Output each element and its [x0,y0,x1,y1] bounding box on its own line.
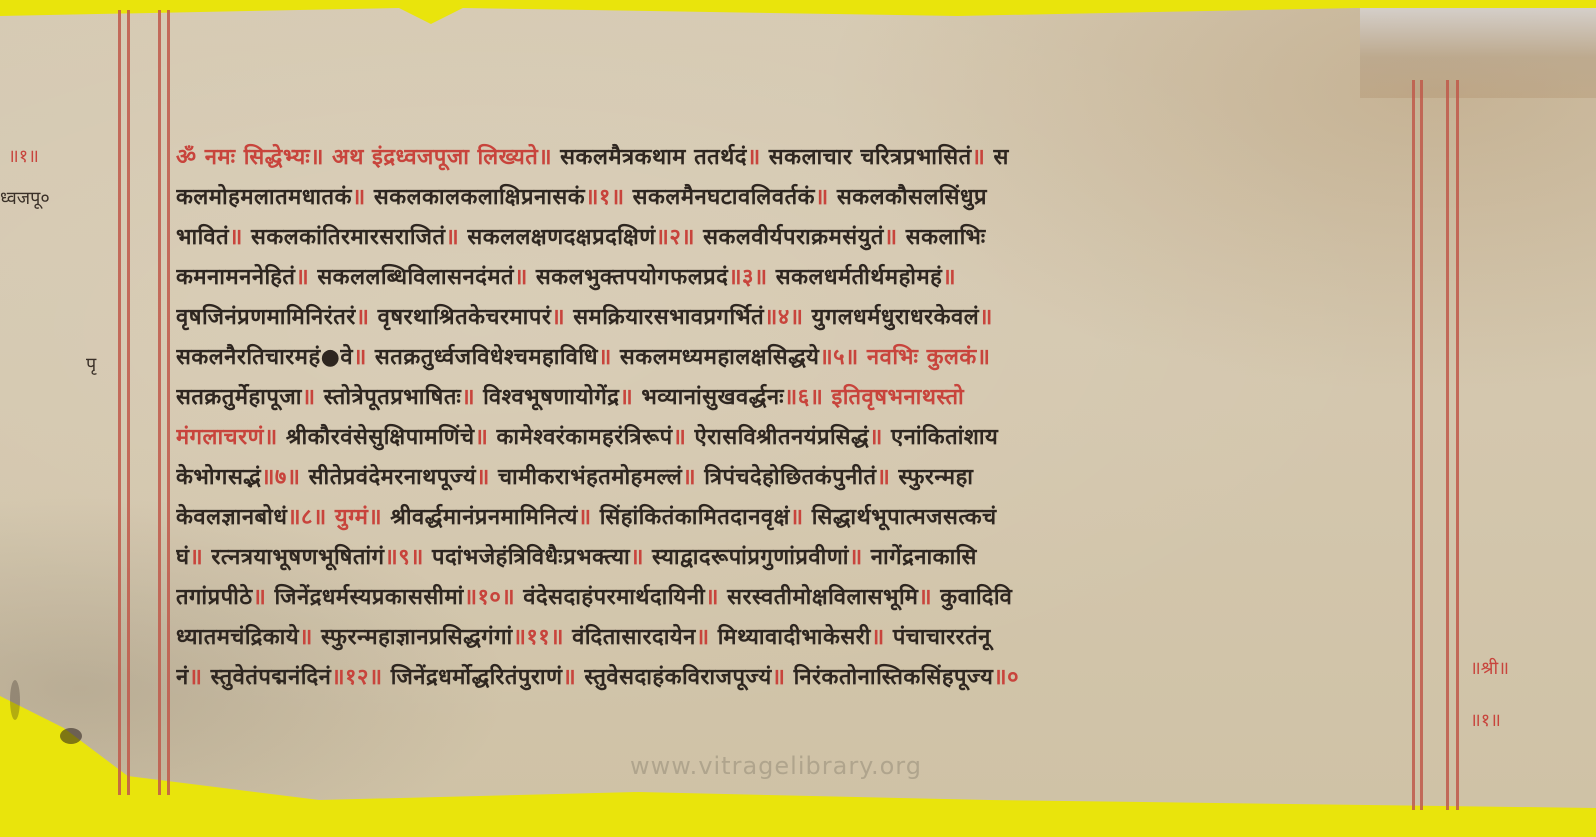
side-mark-left-text: पृ [86,354,96,375]
rubric-segment: ॥ [253,585,267,610]
text-segment: केवलज्ञानबोधं [176,505,287,530]
text-segment: चामीकराभंहतमोहमल्लं [490,465,683,490]
mark-right-text: ॥श्री॥ [1470,658,1509,679]
rubric-segment: ॥७॥ [261,465,300,490]
folio-number-left: ॥१॥ [8,144,39,168]
text-segment: सकललक्षणदक्षप्रदक्षिणं [459,225,655,250]
manuscript-line: वृषजिनंप्रणमामिनिरंतरं॥ वृषरथाश्रितकेचरम… [176,298,1426,338]
rubric-segment: ॥ [229,225,243,250]
text-segment: त्रिपंचदेहोछितकंपुनीतं [696,465,877,490]
rubric-segment: ॥ [514,265,528,290]
text-segment: स्फुरन्महाज्ञानप्रसिद्धगंगां [313,625,513,650]
manuscript-line: घं॥ रत्नत्रयाभूषणभूषितांगं॥९॥ पदांभजेहंत… [176,538,1426,578]
rubric-segment: ॥ [445,225,459,250]
text-segment: सकलवीर्यपराक्रमसंयुतं [695,225,884,250]
rubric-segment: ॥ [849,545,863,570]
text-segment: कुवादिवि [932,585,1012,610]
rubric-segment: ॥६॥ इतिवृषभनाथस्तो [784,385,964,410]
manuscript-line: कलमोहमलातमधातकं॥ सकलकालकलाक्षिप्रनासकं॥१… [176,178,1426,218]
text-segment: ऐरासविश्रीतनयंप्रसिद्धं [686,425,869,450]
text-segment: सकलमैनघटावलिवर्तकं [625,185,816,210]
manuscript-text-block: ॐ नमः सिद्धेभ्यः॥ अथ इंद्रध्वजपूजा लिख्य… [176,138,1426,698]
text-segment: मिथ्यावादीभाकेसरी [710,625,871,650]
rubric-segment: ॥ [705,585,719,610]
text-segment: सकलभुक्तपयोगफलप्रदं [528,265,729,290]
mark-right: ॥श्री॥ [1470,656,1509,680]
rubric-segment: ॥ [979,305,993,330]
text-segment: श्रीकौरवंसेसुक्षिपामणिंचे [278,425,475,450]
rubric-segment: ॥ [551,305,565,330]
rubric-segment: ॥ [598,345,612,370]
text-segment: सकलमध्यमहालक्षसिद्धये [612,345,820,370]
rubric-segment: ॥ [299,625,313,650]
manuscript-line: तगांप्रपीठे॥ जिनेंद्रधर्मस्यप्रकाससीमां॥… [176,578,1426,618]
rubric-segment: ॥ [772,665,786,690]
text-segment: केभोगसद्भं [176,465,261,490]
text-segment: सीतेप्रवंदेमरनाथपूज्यं [300,465,476,490]
text-segment: रत्नत्रयाभूषणभूषितांगं [203,545,384,570]
text-segment: सकलकौसलसिंधुप्र [829,185,987,210]
text-segment: वृषरथाश्रितकेचरमापरं [369,305,551,330]
margin-rule-right-3 [1446,80,1449,810]
rubric-segment: ॥ [682,465,696,490]
text-segment: घं [176,545,190,570]
rubric-segment: ॥ [869,425,883,450]
rubric-segment: ॥ [189,665,203,690]
text-segment: स्याद्वादरूपांप्रगुणांप्रवीणां [644,545,849,570]
rubric-segment: ॐ नमः सिद्धेभ्यः॥ अथ इंद्रध्वजपूजा लिख्य… [176,145,552,170]
rubric-segment: ॥ [877,465,891,490]
rubric-segment: ॥ [352,185,366,210]
text-segment: स्फुरन्महा [890,465,973,490]
rubric-segment: ॥ [972,145,986,170]
rubric-segment: ॥१॥ [585,185,624,210]
text-segment: सकलनैरतिचारमहं●वे [176,345,353,370]
manuscript-line: सकलनैरतिचारमहं●वे॥ सतक्रतुर्ध्वजविधेश्चम… [176,338,1426,378]
short-title-left: ध्वजपू० [0,186,50,210]
rubric-segment: ॥१०॥ [464,585,515,610]
ink-blot [10,680,20,720]
rubric-segment: ॥३॥ [728,265,767,290]
rubric-segment: ॥११॥ [513,625,564,650]
manuscript-line: मंगलाचरणं॥ श्रीकौरवंसेसुक्षिपामणिंचे॥ का… [176,418,1426,458]
manuscript-line: ध्यातमचंद्रिकाये॥ स्फुरन्महाज्ञानप्रसिद्… [176,618,1426,658]
text-segment: वंदितासारदायेन [564,625,696,650]
side-mark-left: पृ [86,352,96,376]
text-segment: भावितं [176,225,229,250]
rubric-segment: ॥ [302,385,316,410]
rubric-segment: ॥ [673,425,687,450]
text-segment: सकलकालकलाक्षिप्रनासकं [366,185,586,210]
rubric-segment: ॥ [356,305,370,330]
rubric-segment: ॥ [871,625,885,650]
text-segment: स्तुवेतंपद्मनंदिनं [202,665,331,690]
text-segment: कामेश्वरंकामहरंत्रिरूपं [488,425,672,450]
manuscript-line: कमनामननेहितं॥ सकललब्धिविलासनदंमतं॥ सकलभु… [176,258,1426,298]
text-segment: सकललब्धिविलासनदंमतं [309,265,514,290]
text-segment: सिंहांकितंकामितदानवृक्षं [592,505,790,530]
rubric-segment: ॥ [476,465,490,490]
margin-rule-left-1 [118,10,121,795]
text-segment: नागेंद्रनाकासि [863,545,977,570]
rubric-segment: ॥९॥ [385,545,424,570]
rubric-segment: ॥ [747,145,761,170]
text-segment: जिनेंद्रधर्मस्यप्रकाससीमां [266,585,464,610]
text-segment: जिनेंद्रधर्मोद्धरितंपुराणं [383,665,563,690]
text-segment: विश्वभूषणायोगेंद्र [475,385,619,410]
text-segment: स्तोत्रेपूतप्रभाषितः [316,385,462,410]
text-segment: स [985,145,1009,170]
text-segment: युगलधर्मधुराधरकेवलं [803,305,979,330]
short-title-left-text: ध्वजपू० [0,188,50,209]
manuscript-line: ॐ नमः सिद्धेभ्यः॥ अथ इंद्रध्वजपूजा लिख्य… [176,138,1426,178]
manuscript-line: भावितं॥ सकलकांतिरमारसराजितं॥ सकललक्षणदक्… [176,218,1426,258]
text-segment: कलमोहमलातमधातकं [176,185,352,210]
rubric-segment: ॥० [993,665,1019,690]
text-segment: सकलधर्मतीर्थमहोमहं [768,265,943,290]
text-segment: पदांभजेहंत्रिविधैःप्रभक्त्या [424,545,630,570]
text-segment: सिद्धार्थभूपात्मजसत्कचं [804,505,997,530]
manuscript-line: केभोगसद्भं॥७॥ सीतेप्रवंदेमरनाथपूज्यं॥ चा… [176,458,1426,498]
rubric-segment: ॥ [815,185,829,210]
folio-number-right: ॥१॥ [1470,708,1501,732]
text-segment: कमनामननेहितं [176,265,295,290]
rubric-segment: ॥ [562,665,576,690]
text-segment: सकलकांतिरमारसराजितं [243,225,446,250]
rubric-segment: ॥५॥ नवभिः कुलकं॥ [819,345,990,370]
text-segment: सकलाचार चरित्रप्रभासितं [761,145,972,170]
rubric-segment: ॥ [696,625,710,650]
rubric-segment: ॥ [295,265,309,290]
text-segment: वंदेसदाहंपरमार्थदायिनी [515,585,705,610]
text-segment: सकलमैत्रकथाम ततर्थदं [552,145,747,170]
rubric-segment: ॥ [475,425,489,450]
text-segment: एनांकितांशाय [883,425,998,450]
folio-number-right-text: ॥१॥ [1470,710,1501,731]
paper-stain [1360,8,1596,98]
manuscript-line: सतक्रतुर्मेहापूजा॥ स्तोत्रेपूतप्रभाषितः॥… [176,378,1426,418]
text-segment: भव्यानांसुखवर्द्धनः [633,385,784,410]
rubric-segment: ॥२॥ [656,225,695,250]
margin-rule-left-2 [127,10,130,795]
rubric-segment: ॥ [790,505,804,530]
rubric-segment: ॥ [630,545,644,570]
text-segment: पंचाचाररतंनू [885,625,991,650]
margin-rule-left-3 [158,10,161,795]
rubric-segment: ॥ [942,265,956,290]
rubric-segment: ॥ [619,385,633,410]
rubric-segment: ॥ [884,225,898,250]
margin-rule-right-4 [1456,80,1459,810]
text-segment: नं [176,665,189,690]
text-segment: निरंकतोनास्तिकसिंहपूज्य [785,665,993,690]
text-segment: श्रीवर्द्धमानंप्रनमामिनित्यं [382,505,578,530]
text-segment: स्तुवेसदाहंकविराजपूज्यं [576,665,772,690]
text-segment: तगांप्रपीठे [176,585,253,610]
text-segment: सरस्वतीमोक्षविलासभूमि [719,585,918,610]
manuscript-line: केवलज्ञानबोधं॥८॥ युग्मं॥ श्रीवर्द्धमानंप… [176,498,1426,538]
ink-blot [60,728,82,744]
rubric-segment: ॥ [353,345,367,370]
folio-number-left-text: ॥१॥ [8,146,39,167]
rubric-segment: ॥४॥ [764,305,803,330]
text-segment: वृषजिनंप्रणमामिनिरंतरं [176,305,356,330]
text-segment: सतक्रतुर्मेहापूजा [176,385,302,410]
text-segment: सकलाभिः [898,225,986,250]
manuscript-line: नं॥ स्तुवेतंपद्मनंदिनं॥१२॥ जिनेंद्रधर्मो… [176,658,1426,698]
rubric-segment: ॥ [461,385,475,410]
rubric-segment: ॥ [190,545,204,570]
watermark: www.vitragelibrary.org [630,752,922,780]
text-segment: समक्रियारसभावप्रगर्भितं [565,305,764,330]
rubric-segment: ॥ [918,585,932,610]
text-segment: सतक्रतुर्ध्वजविधेश्चमहाविधि [367,345,598,370]
margin-rule-left-4 [167,10,170,795]
rubric-segment: ॥१२॥ [331,665,382,690]
rubric-segment: ॥८॥ युग्मं॥ [287,505,382,530]
rubric-segment: मंगलाचरणं॥ [176,425,278,450]
text-segment: ध्यातमचंद्रिकाये [176,625,299,650]
rubric-segment: ॥ [578,505,592,530]
